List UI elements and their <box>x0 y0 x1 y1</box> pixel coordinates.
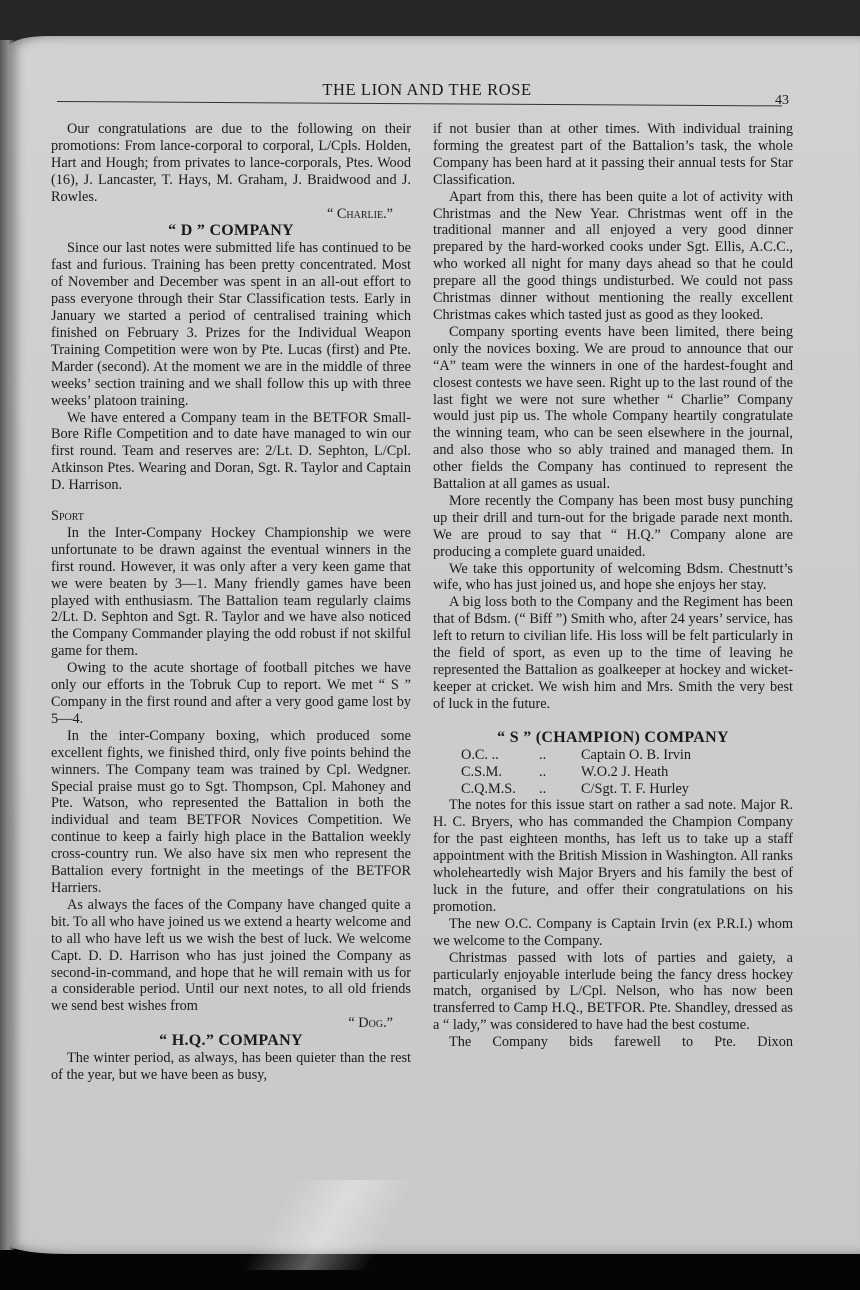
left-column: Our congratulations are due to the follo… <box>51 121 411 1084</box>
hq-continued-paragraph: Apart from this, there has been quite a … <box>433 189 793 324</box>
s-company-paragraph: The notes for this issue start on rather… <box>433 797 793 915</box>
hq-company-paragraph: The winter period, as always, has been q… <box>51 1050 411 1084</box>
staff-role: O.C. .. <box>461 747 539 764</box>
d-company-paragraph: Since our last notes were submitted life… <box>51 240 411 409</box>
staff-row: O.C. .. .. Captain O. B. Irvin <box>461 747 691 764</box>
hq-continued-paragraph: Company sporting events have been limite… <box>433 324 793 493</box>
promotions-paragraph: Our congratulations are due to the follo… <box>51 121 411 206</box>
staff-row: C.Q.M.S. .. C/Sgt. T. F. Hurley <box>461 781 691 798</box>
sport-paragraph: As always the faces of the Company have … <box>51 897 411 1015</box>
s-company-staff-table: O.C. .. .. Captain O. B. Irvin C.S.M. ..… <box>461 747 691 798</box>
staff-leader-dots: .. <box>539 764 581 781</box>
section-spacer <box>433 713 793 729</box>
d-company-paragraph: We have entered a Company team in the BE… <box>51 410 411 495</box>
dog-signature: “ Dog.” <box>51 1015 411 1032</box>
hq-continued-paragraph: More recently the Company has been most … <box>433 493 793 561</box>
hq-continued-paragraph: A big loss both to the Company and the R… <box>433 594 793 712</box>
staff-row: C.S.M. .. W.O.2 J. Heath <box>461 764 691 781</box>
s-company-paragraph: The new O.C. Company is Captain Irvin (e… <box>433 916 793 950</box>
staff-role: C.Q.M.S. <box>461 781 539 798</box>
hq-company-heading: “ H.Q.” COMPANY <box>51 1032 411 1050</box>
staff-name: C/Sgt. T. F. Hurley <box>581 781 691 798</box>
sport-paragraph: In the Inter-Company Hockey Championship… <box>51 525 411 660</box>
running-header: THE LION AND THE ROSE <box>57 80 797 104</box>
staff-leader-dots: .. <box>539 747 581 764</box>
staff-role: C.S.M. <box>461 764 539 781</box>
s-company-heading: “ S ” (CHAMPION) COMPANY <box>433 729 793 747</box>
journal-title: THE LION AND THE ROSE <box>57 80 797 100</box>
page-number: 43 <box>775 93 789 109</box>
sport-paragraph: Owing to the acute shortage of football … <box>51 660 411 728</box>
hq-continued-paragraph: We take this opportunity of welcoming Bd… <box>433 561 793 595</box>
sport-paragraph: In the inter-Company boxing, which produ… <box>51 728 411 897</box>
right-column: if not busier than at other times. With … <box>433 121 793 1051</box>
staff-leader-dots: .. <box>539 781 581 798</box>
staff-name: Captain O. B. Irvin <box>581 747 691 764</box>
s-company-paragraph: The Company bids farewell to Pte. Dixon <box>433 1034 793 1051</box>
staff-name: W.O.2 J. Heath <box>581 764 691 781</box>
charlie-signature: “ Charlie.” <box>51 206 411 223</box>
d-company-heading: “ D ” COMPANY <box>51 222 411 240</box>
hq-continued-paragraph: if not busier than at other times. With … <box>433 121 793 189</box>
sport-subheading: Sport <box>51 508 411 525</box>
s-company-paragraph: Christmas passed with lots of parties an… <box>433 950 793 1035</box>
